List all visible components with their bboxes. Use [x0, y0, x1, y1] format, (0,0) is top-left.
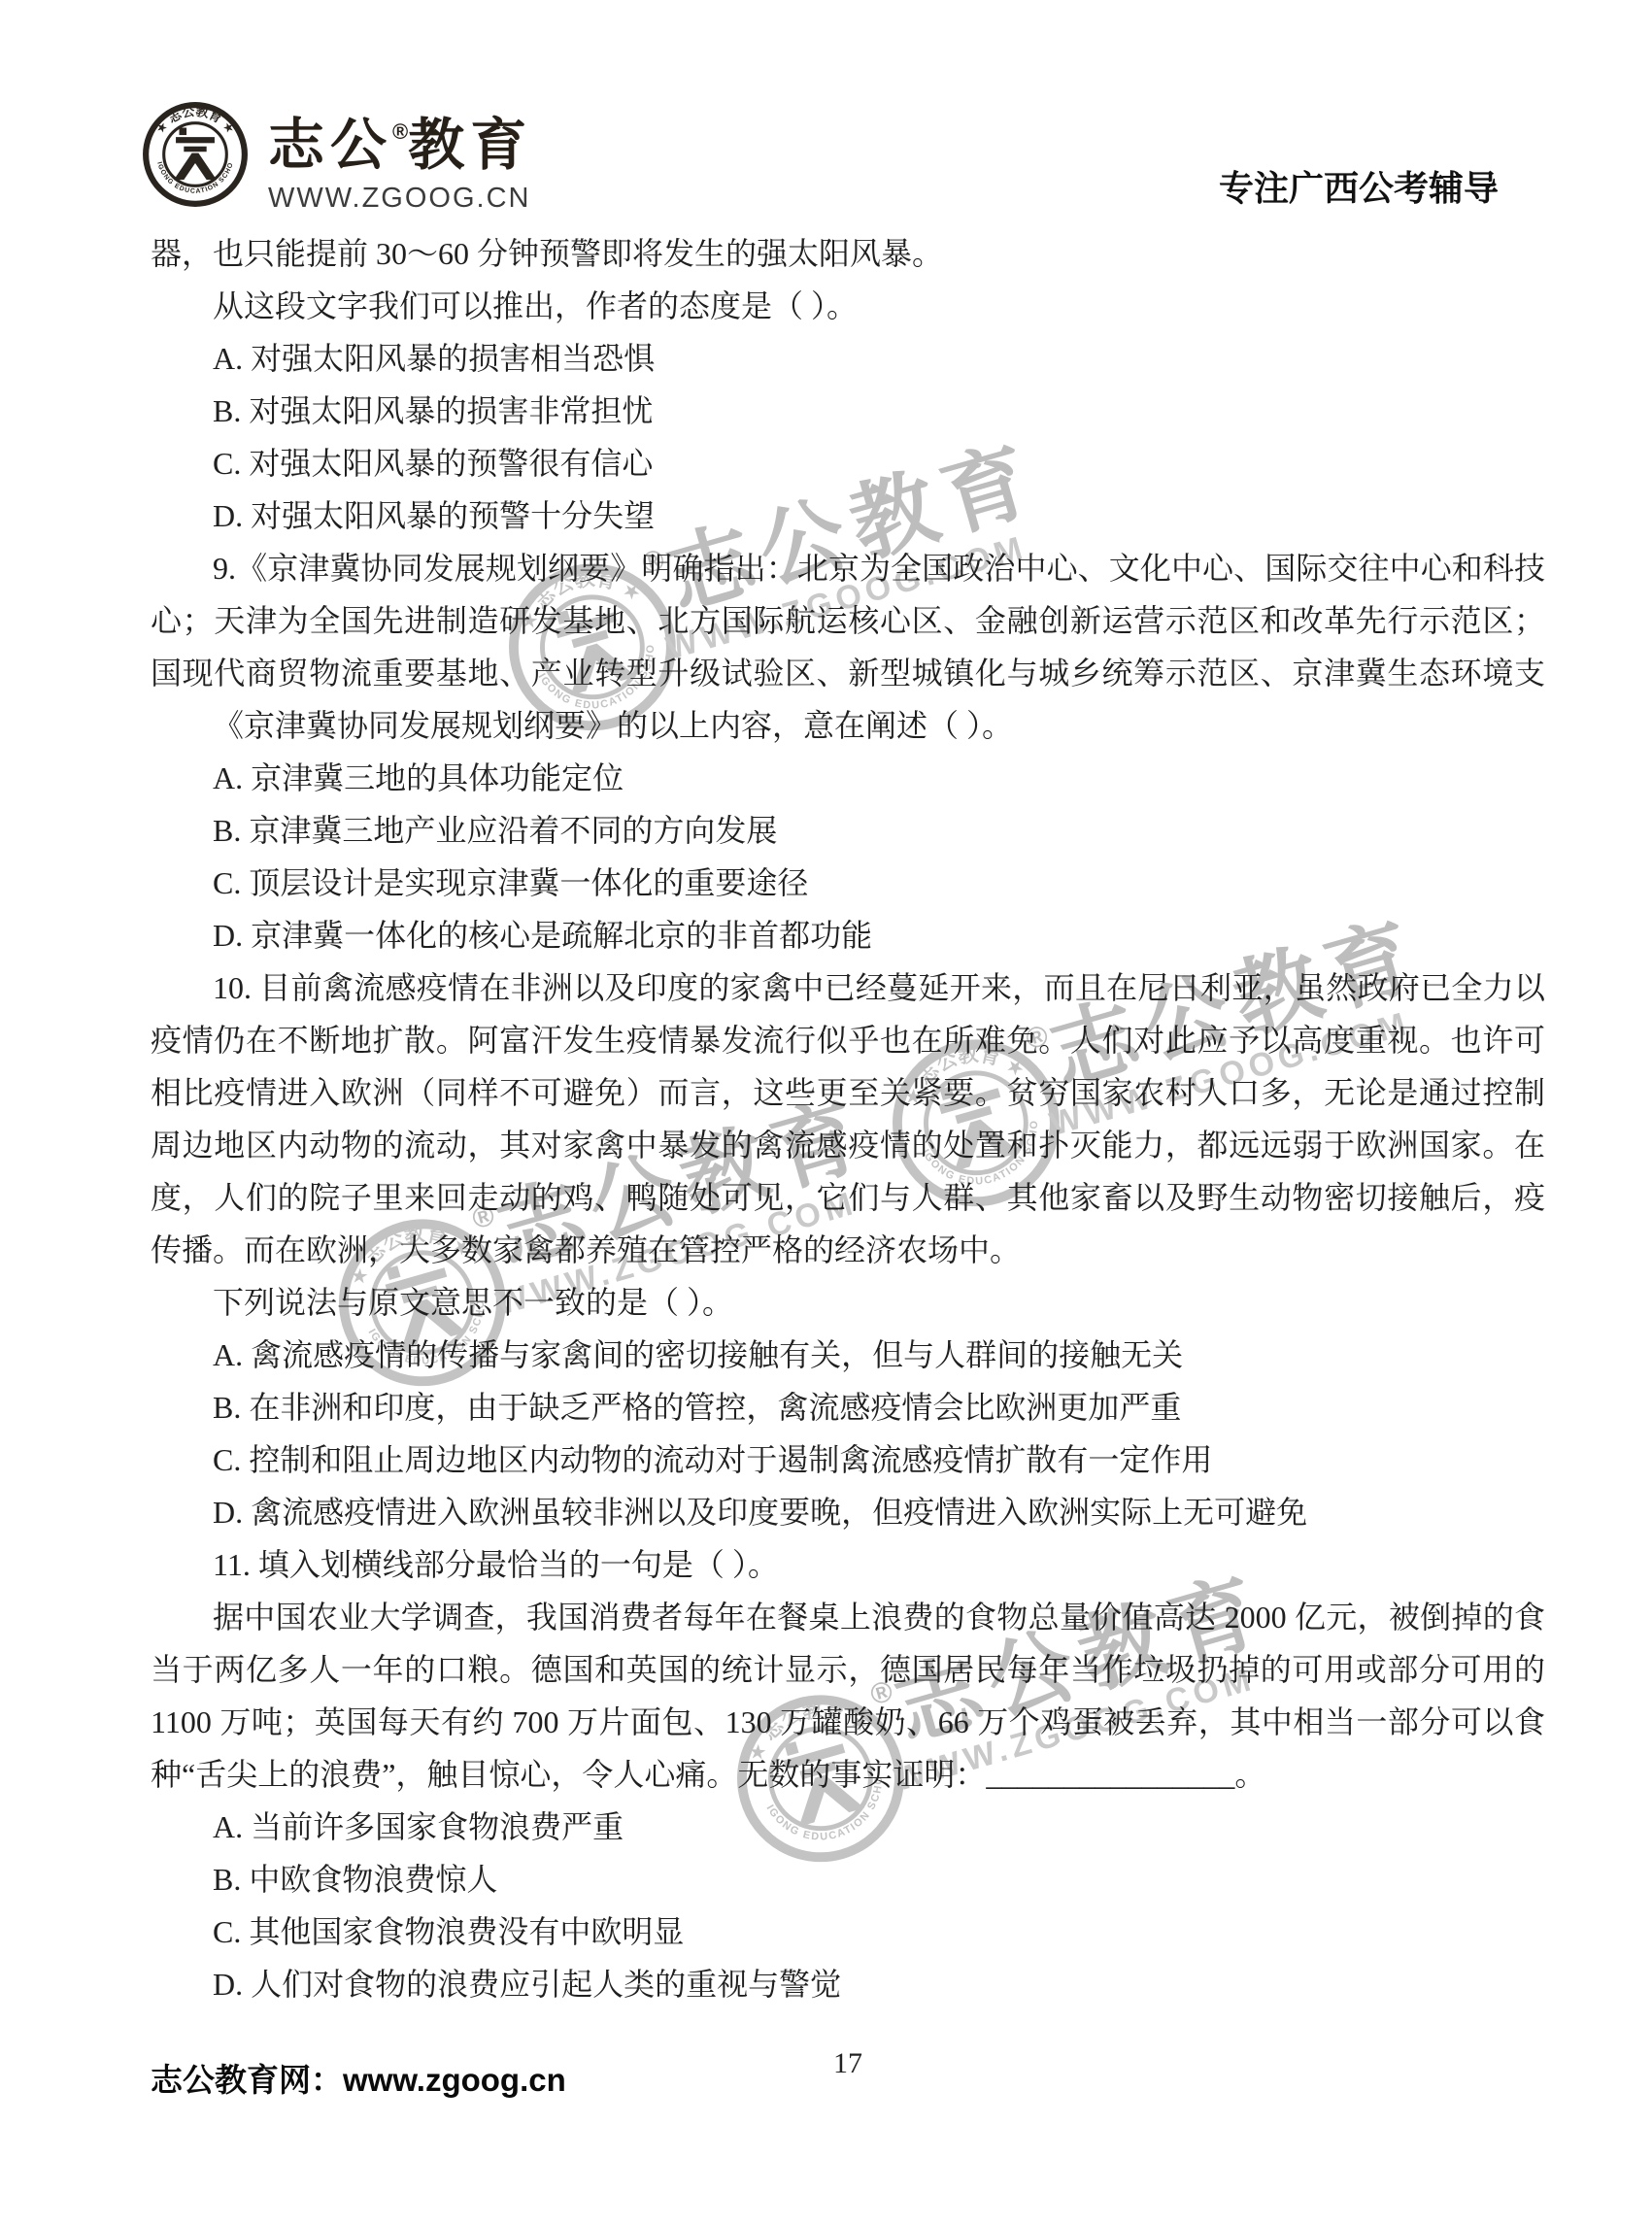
text-line: A. 京津冀三地的具体功能定位: [151, 752, 1545, 804]
registered-mark: ®: [392, 119, 408, 144]
body-text: 器，也只能提前 30～60 分钟预警即将发生的强太阳风暴。从这段文字我们可以推出…: [151, 227, 1545, 2010]
text-line: C. 顶层设计是实现京津冀一体化的重要途径: [151, 857, 1545, 909]
footer-site: 志公教育网：www.zgoog.cn: [151, 2055, 566, 2101]
text-line: C. 对强太阳风暴的预警很有信心: [151, 437, 1545, 489]
brand-url: WWW.ZGOOG.CN: [268, 183, 532, 215]
zhigong-seal-icon: [142, 101, 249, 208]
text-line: 相比疫情进入欧洲（同样不可避免）而言，这些更至关紧要。贫穷国家农村人口多，无论是…: [151, 1066, 1545, 1119]
text-line: 度，人们的院子里来回走动的鸡、鸭随处可见，它们与人群、其他家畜以及野生动物密切接…: [151, 1171, 1545, 1224]
text-line: 国现代商贸物流重要基地、产业转型升级试验区、新型城镇化与城乡统筹示范区、京津冀生…: [151, 647, 1545, 699]
text-line: 传播。而在欧洲，大多数家禽都养殖在管控严格的经济农场中。: [151, 1224, 1545, 1276]
text-line: 从这段文字我们可以推出，作者的态度是（ ）。: [151, 280, 1545, 332]
text-line: 下列说法与原文意思不一致的是（ ）。: [151, 1276, 1545, 1329]
header-tagline: 专注广西公考辅导: [1219, 161, 1499, 211]
text-line: D. 人们对食物的浪费应引起人类的重视与警觉: [151, 1958, 1545, 2010]
text-line: 据中国农业大学调查，我国消费者每年在餐桌上浪费的食物总量价值高达 2000 亿元…: [151, 1591, 1545, 1643]
text-line: C. 其他国家食物浪费没有中欧明显: [151, 1905, 1545, 1958]
text-line: 疫情仍在不断地扩散。阿富汗发生疫情暴发流行似乎也在所难免。人们对此应予以高度重视…: [151, 1014, 1545, 1066]
text-line: 当于两亿多人一年的口粮。德国和英国的统计显示，德国居民每年当作垃圾扔掉的可用或部…: [151, 1643, 1545, 1696]
text-line: A. 禽流感疫情的传播与家禽间的密切接触有关，但与人群间的接触无关: [151, 1329, 1545, 1381]
text-line: 《京津冀协同发展规划纲要》的以上内容，意在阐述（ ）。: [151, 699, 1545, 752]
text-line: B. 在非洲和印度，由于缺乏严格的管控，禽流感疫情会比欧洲更加严重: [151, 1381, 1545, 1433]
text-line: D. 禽流感疫情进入欧洲虽较非洲以及印度要晚，但疫情进入欧洲实际上无可避免: [151, 1486, 1545, 1538]
text-line: 种“舌尖上的浪费”，触目惊心，令人心痛。无数的事实证明：____________…: [151, 1748, 1545, 1801]
text-line: B. 中欧食物浪费惊人: [151, 1853, 1545, 1905]
text-line: A. 对强太阳风暴的损害相当恐惧: [151, 332, 1545, 385]
brand-block: 志公®教育 WWW.ZGOOG.CN: [268, 101, 532, 215]
text-line: B. 京津冀三地产业应沿着不同的方向发展: [151, 804, 1545, 857]
text-line: B. 对强太阳风暴的损害非常担忧: [151, 385, 1545, 437]
text-line: D. 京津冀一体化的核心是疏解北京的非首都功能: [151, 909, 1545, 961]
text-line: 1100 万吨；英国每天有约 700 万片面包、130 万罐酸奶、66 万个鸡蛋…: [151, 1696, 1545, 1748]
text-line: 心；天津为全国先进制造研发基地、北方国际航运核心区、金融创新运营示范区和改革先行…: [151, 594, 1545, 647]
text-line: C. 控制和阻止周边地区内动物的流动对于遏制禽流感疫情扩散有一定作用: [151, 1433, 1545, 1486]
header-logo: 志公®教育 WWW.ZGOOG.CN: [142, 101, 532, 215]
text-line: 11. 填入划横线部分最恰当的一句是（ ）。: [151, 1538, 1545, 1591]
text-line: A. 当前许多国家食物浪费严重: [151, 1801, 1545, 1853]
text-line: 9.《京津冀协同发展规划纲要》明确指出：北京为全国政治中心、文化中心、国际交往中…: [151, 542, 1545, 594]
text-line: 10. 目前禽流感疫情在非洲以及印度的家禽中已经蔓延开来，而且在尼日利亚，虽然政…: [151, 961, 1545, 1014]
text-line: D. 对强太阳风暴的预警十分失望: [151, 489, 1545, 542]
text-line: 周边地区内动物的流动，其对家禽中暴发的禽流感疫情的处置和扑灭能力，都远远弱于欧洲…: [151, 1119, 1545, 1171]
document-page: ★ 志公教育 ★ ZHIGONG EDUCATION SCHOOL ®志公教育W…: [0, 0, 1652, 2225]
brand-name: 志公®教育: [268, 101, 532, 177]
text-line: 器，也只能提前 30～60 分钟预警即将发生的强太阳风暴。: [151, 227, 1545, 280]
